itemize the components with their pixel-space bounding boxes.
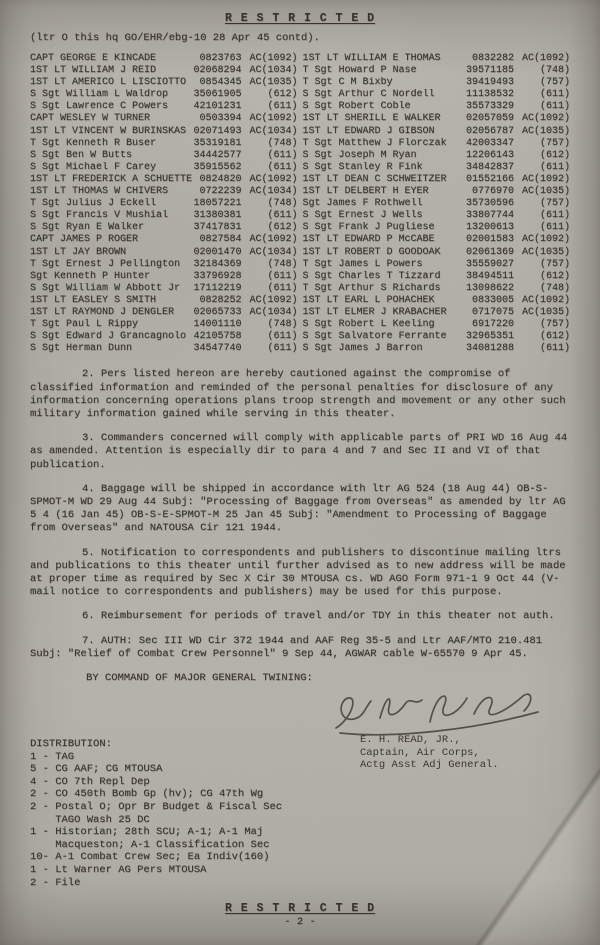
serial-number: 31380381 [193,210,241,222]
distribution-line: 5 - CG AAF; CG MTOUSA [30,763,282,776]
unit-number: (757) [514,138,570,150]
paragraph: 4. Baggage will be shipped in accordance… [30,483,570,536]
unit-number: (612) [514,331,570,343]
unit-number: (748) [242,259,298,271]
unit-number: AC(1092) [242,234,298,246]
unit-number: (757) [514,319,570,331]
handwritten-signature [326,684,548,740]
personnel-name: S Sgt Edward J Grancagnolo [30,331,190,343]
roster-entry: 1ST LT ROBERT D GOODOAK02061369AC(1035) [303,247,571,259]
unit-number: AC(1034) [242,307,298,319]
personnel-name: S Sgt Ryan E Walker [30,222,190,234]
signature-block: E. H. READ, JR., Captain, Air Corps, Act… [360,734,499,772]
serial-number: 0722239 [199,186,241,198]
roster-entry: CAPT GEORGE E KINCADE0823763AC(1092) [30,53,303,65]
roster-entry: S Sgt William L Waldrop35061905(612) [30,89,303,101]
serial-number: 6917220 [472,319,514,331]
unit-number: AC(1035) [514,247,570,259]
roster-row: CAPT WESLEY W TURNER0503394AC(1092)1ST L… [30,113,570,125]
unit-number: (748) [242,138,298,150]
personnel-name: T Sgt Kenneth R Buser [30,138,190,150]
serial-number: 0776970 [472,186,514,198]
roster-entry: 1ST LT RAYMOND J DENGLER02065733AC(1034) [30,307,303,319]
roster-entry: S Sgt Michael F Carey35915562(611) [30,162,303,174]
classification-footer: R E S T R I C T E D [0,902,600,915]
unit-number: AC(1092) [514,113,570,125]
serial-number: 0828252 [199,295,241,307]
roster-entry: S Sgt Arthur C Nordell11138532(611) [303,89,571,101]
serial-number: 02001470 [193,247,241,259]
serial-number: 35730596 [466,198,514,210]
roster-row: CAPT GEORGE E KINCADE0823763AC(1092)1ST … [30,53,570,65]
personnel-name: S Sgt Ben W Butts [30,150,190,162]
unit-number: (757) [514,77,570,89]
distribution-line: 2 - CO 450th Bomb Gp (hv); CG 47th Wg [30,788,282,801]
serial-number: 0854345 [199,77,241,89]
personnel-name: 1ST LT WILLIAM E THOMAS [303,53,469,65]
distribution-line: Macqueston; A-1 Classification Sec [30,839,282,852]
roster-row: 1ST LT JAY BROWN02001470AC(1034)1ST LT R… [30,247,570,259]
unit-number: (748) [514,65,570,77]
serial-number: 02065733 [193,307,241,319]
roster-row: S Sgt Ryan E Walker37417831(612)S Sgt Fr… [30,222,570,234]
roster-entry: S Sgt Lawrence C Powers42101231(611) [30,101,303,113]
roster-entry: T Sgt C M Bixby39419493(757) [303,77,571,89]
serial-number: 32965351 [466,331,514,343]
roster-row: 1ST LT RAYMOND J DENGLER02065733AC(1034)… [30,307,570,319]
unit-number: AC(1092) [514,295,570,307]
roster-entry: T Sgt Matthew J Florczak42003347(757) [303,138,571,150]
roster-row: 1ST LT WILLIAM J REID02068294AC(1034)T S… [30,65,570,77]
personnel-name: T Sgt James L Powers [303,259,463,271]
serial-number: 35319181 [193,138,241,150]
roster-row: Sgt Kenneth P Hunter33796928(611)S Sgt C… [30,271,570,283]
paragraph: 6. Reimbursement for periods of travel a… [30,610,570,623]
roster-row: S Sgt Edward J Grancagnolo42105758(611)S… [30,331,570,343]
roster-row: 1ST LT EASLEY S SMITH0828252AC(1092)1ST … [30,295,570,307]
personnel-name: CAPT GEORGE E KINCADE [30,53,196,65]
distribution-heading: DISTRIBUTION: [30,738,282,751]
unit-number: (612) [242,89,298,101]
serial-number: 39571185 [466,65,514,77]
serial-number: 0824820 [199,174,241,186]
serial-number: 32184369 [193,259,241,271]
roster-entry: S Sgt Ernest J Wells33807744(611) [303,210,571,222]
personnel-name: 1ST LT AMERICO L LISCIOTTO [30,77,196,89]
personnel-name: S Sgt Robert L Keeling [303,319,469,331]
distribution-line: 4 - CO 7th Repl Dep [30,776,282,789]
roster-entry: 1ST LT ELMER J KRABACHER0717075AC(1035) [303,307,571,319]
serial-number: 35559027 [466,259,514,271]
serial-number: 02068294 [193,65,241,77]
personnel-name: T Sgt Paul L Rippy [30,319,190,331]
unit-number: AC(1034) [242,65,298,77]
roster-entry: 1ST LT EDWARD P McCABE02001583AC(1092) [303,234,571,246]
personnel-name: T Sgt C M Bixby [303,77,463,89]
distribution-line: 1 - Historian; 28th SCU; A-1; A-1 Maj [30,826,282,839]
unit-number: (612) [514,271,570,283]
roster-entry: S Sgt James J Barron34081288(611) [303,343,571,355]
page-number: - 2 - [0,916,600,928]
unit-number: AC(1092) [242,53,298,65]
serial-number: 13200613 [466,222,514,234]
paragraph: 3. Commanders concerned will comply with… [30,432,570,472]
personnel-name: S Sgt Stanley R Fink [303,162,463,174]
personnel-name: S Sgt Ernest J Wells [303,210,463,222]
roster-entry: S Sgt Robert L Keeling6917220(757) [303,319,571,331]
roster-entry: 1ST LT DELBERT H EYER0776970AC(1035) [303,186,571,198]
unit-number: (611) [242,162,298,174]
roster-entry: 1ST LT VINCENT W BURINSKAS02071493AC(103… [30,126,303,138]
serial-number: 35915562 [193,162,241,174]
roster-entry: Sgt James F Rothwell35730596(757) [303,198,571,210]
unit-number: (611) [242,101,298,113]
roster-row: S Sgt Lawrence C Powers42101231(611)S Sg… [30,101,570,113]
personnel-name: 1ST LT DELBERT H EYER [303,186,469,198]
serial-number: 35061905 [193,89,241,101]
serial-number: 42003347 [466,138,514,150]
personnel-name: S Sgt Robert Coble [303,101,463,113]
unit-number: (611) [242,210,298,222]
personnel-name: S Sgt Charles T Tizzard [303,271,463,283]
personnel-name: 1ST LT THOMAS W CHIVERS [30,186,196,198]
unit-number: (757) [514,259,570,271]
roster-entry: T Sgt Howard P Nase39571185(748) [303,65,571,77]
continuation-line: (ltr O this hq GO/EHR/ebg-10 28 Apr 45 c… [30,32,570,44]
roster: CAPT GEORGE E KINCADE0823763AC(1092)1ST … [30,53,570,355]
personnel-name: S Sgt Lawrence C Powers [30,101,190,113]
closing-section: E. H. READ, JR., Captain, Air Corps, Act… [30,688,570,880]
personnel-name: Sgt James F Rothwell [303,198,463,210]
personnel-name: 1ST LT EDWARD P McCABE [303,234,463,246]
roster-entry: 1ST LT JAY BROWN02001470AC(1034) [30,247,303,259]
personnel-name: CAPT JAMES P ROGER [30,234,196,246]
roster-entry: 1ST LT FREDERICK A SCHUETTE0824820AC(109… [30,174,303,186]
serial-number: 34081288 [466,343,514,355]
serial-number: 42105758 [193,331,241,343]
roster-row: T Sgt Julius J Eckell18057221(748)Sgt Ja… [30,198,570,210]
personnel-name: 1ST LT DEAN C SCHWEITZER [303,174,463,186]
unit-number: AC(1092) [514,174,570,186]
roster-entry: 1ST LT SHERILL E WALKER02057059AC(1092) [303,113,571,125]
unit-number: (757) [514,198,570,210]
serial-number: 02056787 [466,126,514,138]
unit-number: (611) [514,222,570,234]
serial-number: 0503394 [199,113,241,125]
unit-number: (611) [242,150,298,162]
roster-entry: T Sgt Ernest J Pellington32184369(748) [30,259,303,271]
personnel-name: S Sgt Salvatore Ferrante [303,331,463,343]
roster-row: T Sgt Ernest J Pellington32184369(748)T … [30,259,570,271]
roster-row: S Sgt William L Waldrop35061905(612)S Sg… [30,89,570,101]
roster-entry: CAPT WESLEY W TURNER0503394AC(1092) [30,113,303,125]
unit-number: AC(1092) [514,234,570,246]
roster-entry: T Sgt Paul L Rippy14001110(748) [30,319,303,331]
unit-number: AC(1035) [514,126,570,138]
unit-number: (748) [242,198,298,210]
roster-entry: S Sgt William W Abbott Jr17112219(611) [30,283,303,295]
paragraph: 7. AUTH: Sec III WD Cir 372 1944 and AAF… [30,635,570,661]
serial-number: 34442577 [193,150,241,162]
personnel-name: S Sgt Joseph M Ryan [303,150,463,162]
unit-number: (748) [242,319,298,331]
serial-number: 13098622 [466,283,514,295]
roster-entry: Sgt Kenneth P Hunter33796928(611) [30,271,303,283]
roster-row: CAPT JAMES P ROGER0827584AC(1092)1ST LT … [30,234,570,246]
unit-number: AC(1035) [242,77,298,89]
serial-number: 02071493 [193,126,241,138]
serial-number: 0832282 [472,53,514,65]
roster-row: S Sgt Herman Dunn34547740(611)S Sgt Jame… [30,343,570,355]
roster-entry: T Sgt Arthur S Richards13098622(748) [303,283,571,295]
roster-entry: 1ST LT DEAN C SCHWEITZER01552166AC(1092) [303,174,571,186]
serial-number: 02061369 [466,247,514,259]
roster-entry: S Sgt Edward J Grancagnolo42105758(611) [30,331,303,343]
serial-number: 38494511 [466,271,514,283]
roster-entry: 1ST LT EASLEY S SMITH0828252AC(1092) [30,295,303,307]
serial-number: 34842837 [466,162,514,174]
personnel-name: S Sgt Michael F Carey [30,162,190,174]
unit-number: (611) [242,271,298,283]
serial-number: 33807744 [466,210,514,222]
unit-number: AC(1092) [242,174,298,186]
serial-number: 11138532 [466,89,514,101]
distribution-line: 10- A-1 Combat Crew Sec; Ea Indiv(160) [30,851,282,864]
unit-number: AC(1034) [242,186,298,198]
roster-entry: CAPT JAMES P ROGER0827584AC(1092) [30,234,303,246]
serial-number: 0823763 [199,53,241,65]
roster-entry: T Sgt Kenneth R Buser35319181(748) [30,138,303,150]
serial-number: 42101231 [193,101,241,113]
unit-number: (748) [514,283,570,295]
roster-row: S Sgt Michael F Carey35915562(611)S Sgt … [30,162,570,174]
distribution-line: 1 - Lt Warner AG Pers MTOUSA [30,864,282,877]
serial-number: 0833005 [472,295,514,307]
unit-number: (611) [514,343,570,355]
roster-entry: S Sgt Francis V Mushial31380381(611) [30,210,303,222]
unit-number: AC(1035) [514,307,570,319]
serial-number: 14001110 [193,319,241,331]
personnel-name: S Sgt James J Barron [303,343,463,355]
unit-number: (612) [242,222,298,234]
document-page: R E S T R I C T E D (ltr O this hq GO/EH… [0,0,600,945]
classification-header: R E S T R I C T E D [30,12,570,25]
unit-number: (611) [514,101,570,113]
personnel-name: S Sgt Herman Dunn [30,343,190,355]
personnel-name: Sgt Kenneth P Hunter [30,271,190,283]
serial-number: 02001583 [466,234,514,246]
roster-entry: S Sgt Robert Coble35573329(611) [303,101,571,113]
personnel-name: T Sgt Howard P Nase [303,65,463,77]
roster-entry: S Sgt Stanley R Fink34842837(611) [303,162,571,174]
distribution-line: TAGO Wash 25 DC [30,814,282,827]
unit-number: (612) [514,150,570,162]
signer-name: E. H. READ, JR., [360,734,499,747]
personnel-name: 1ST LT FREDERICK A SCHUETTE [30,174,196,186]
unit-number: AC(1092) [242,295,298,307]
personnel-name: S Sgt Arthur C Nordell [303,89,463,101]
distribution-line: 2 - Postal O; Opr Br Budget & Fiscal Sec [30,801,282,814]
signer-title: Actg Asst Adj General. [360,759,499,772]
personnel-name: S Sgt Frank J Pugliese [303,222,463,234]
personnel-name: T Sgt Ernest J Pellington [30,259,190,271]
serial-number: 0827584 [199,234,241,246]
roster-row: S Sgt William W Abbott Jr17112219(611)T … [30,283,570,295]
serial-number: 12206143 [466,150,514,162]
personnel-name: T Sgt Matthew J Florczak [303,138,463,150]
unit-number: (611) [242,331,298,343]
paragraphs: 2. Pers listed hereon are hereby caution… [30,368,570,661]
serial-number: 01552166 [466,174,514,186]
unit-number: (611) [514,89,570,101]
roster-row: 1ST LT AMERICO L LISCIOTTO0854345AC(1035… [30,77,570,89]
personnel-name: S Sgt Francis V Mushial [30,210,190,222]
personnel-name: T Sgt Arthur S Richards [303,283,463,295]
personnel-name: S Sgt William W Abbott Jr [30,283,190,295]
roster-row: S Sgt Francis V Mushial31380381(611)S Sg… [30,210,570,222]
personnel-name: 1ST LT ELMER J KRABACHER [303,307,469,319]
serial-number: 35573329 [466,101,514,113]
signer-rank: Captain, Air Corps, [360,747,499,760]
personnel-name: CAPT WESLEY W TURNER [30,113,196,125]
roster-row: 1ST LT VINCENT W BURINSKAS02071493AC(103… [30,126,570,138]
distribution-line: 2 - File [30,877,282,890]
roster-row: 1ST LT FREDERICK A SCHUETTE0824820AC(109… [30,174,570,186]
roster-row: 1ST LT THOMAS W CHIVERS0722239AC(1034)1S… [30,186,570,198]
distribution-list: DISTRIBUTION: 1 - TAG5 - CG AAF; CG MTOU… [30,738,282,889]
roster-row: T Sgt Paul L Rippy14001110(748)S Sgt Rob… [30,319,570,331]
serial-number: 17112219 [193,283,241,295]
unit-number: (611) [514,210,570,222]
personnel-name: 1ST LT VINCENT W BURINSKAS [30,126,190,138]
personnel-name: 1ST LT JAY BROWN [30,247,190,259]
serial-number: 02057059 [466,113,514,125]
roster-entry: 1ST LT AMERICO L LISCIOTTO0854345AC(1035… [30,77,303,89]
paragraph: 2. Pers listed hereon are hereby caution… [30,368,570,421]
roster-entry: 1ST LT WILLIAM J REID02068294AC(1034) [30,65,303,77]
serial-number: 33796928 [193,271,241,283]
roster-entry: T Sgt James L Powers35559027(757) [303,259,571,271]
personnel-name: 1ST LT SHERILL E WALKER [303,113,463,125]
unit-number: AC(1092) [514,53,570,65]
serial-number: 37417831 [193,222,241,234]
personnel-name: 1ST LT EARL L POHACHEK [303,295,469,307]
unit-number: AC(1035) [514,186,570,198]
roster-row: S Sgt Ben W Butts34442577(611)S Sgt Jose… [30,150,570,162]
by-command-line: BY COMMAND OF MAJOR GENERAL TWINING: [30,672,570,684]
unit-number: (611) [242,343,298,355]
roster-entry: S Sgt Charles T Tizzard38494511(612) [303,271,571,283]
unit-number: AC(1092) [242,113,298,125]
personnel-name: 1ST LT EASLEY S SMITH [30,295,196,307]
unit-number: AC(1034) [242,247,298,259]
personnel-name: T Sgt Julius J Eckell [30,198,190,210]
serial-number: 0717075 [472,307,514,319]
roster-entry: 1ST LT EDWARD J GIBSON02056787AC(1035) [303,126,571,138]
personnel-name: 1ST LT EDWARD J GIBSON [303,126,463,138]
roster-entry: 1ST LT EARL L POHACHEK0833005AC(1092) [303,295,571,307]
serial-number: 39419493 [466,77,514,89]
roster-entry: S Sgt Frank J Pugliese13200613(611) [303,222,571,234]
roster-row: T Sgt Kenneth R Buser35319181(748)T Sgt … [30,138,570,150]
unit-number: (611) [242,283,298,295]
roster-entry: 1ST LT WILLIAM E THOMAS0832282AC(1092) [303,53,571,65]
roster-entry: S Sgt Joseph M Ryan12206143(612) [303,150,571,162]
paragraph: 5. Notification to correspondents and pu… [30,547,570,600]
roster-entry: S Sgt Ben W Butts34442577(611) [30,150,303,162]
personnel-name: 1ST LT WILLIAM J REID [30,65,190,77]
unit-number: (611) [514,162,570,174]
roster-entry: S Sgt Herman Dunn34547740(611) [30,343,303,355]
personnel-name: 1ST LT ROBERT D GOODOAK [303,247,463,259]
roster-entry: S Sgt Salvatore Ferrante32965351(612) [303,331,571,343]
roster-entry: 1ST LT THOMAS W CHIVERS0722239AC(1034) [30,186,303,198]
distribution-line: 1 - TAG [30,751,282,764]
personnel-name: 1ST LT RAYMOND J DENGLER [30,307,190,319]
roster-entry: T Sgt Julius J Eckell18057221(748) [30,198,303,210]
unit-number: AC(1034) [242,126,298,138]
personnel-name: S Sgt William L Waldrop [30,89,190,101]
serial-number: 34547740 [193,343,241,355]
serial-number: 18057221 [193,198,241,210]
roster-entry: S Sgt Ryan E Walker37417831(612) [30,222,303,234]
